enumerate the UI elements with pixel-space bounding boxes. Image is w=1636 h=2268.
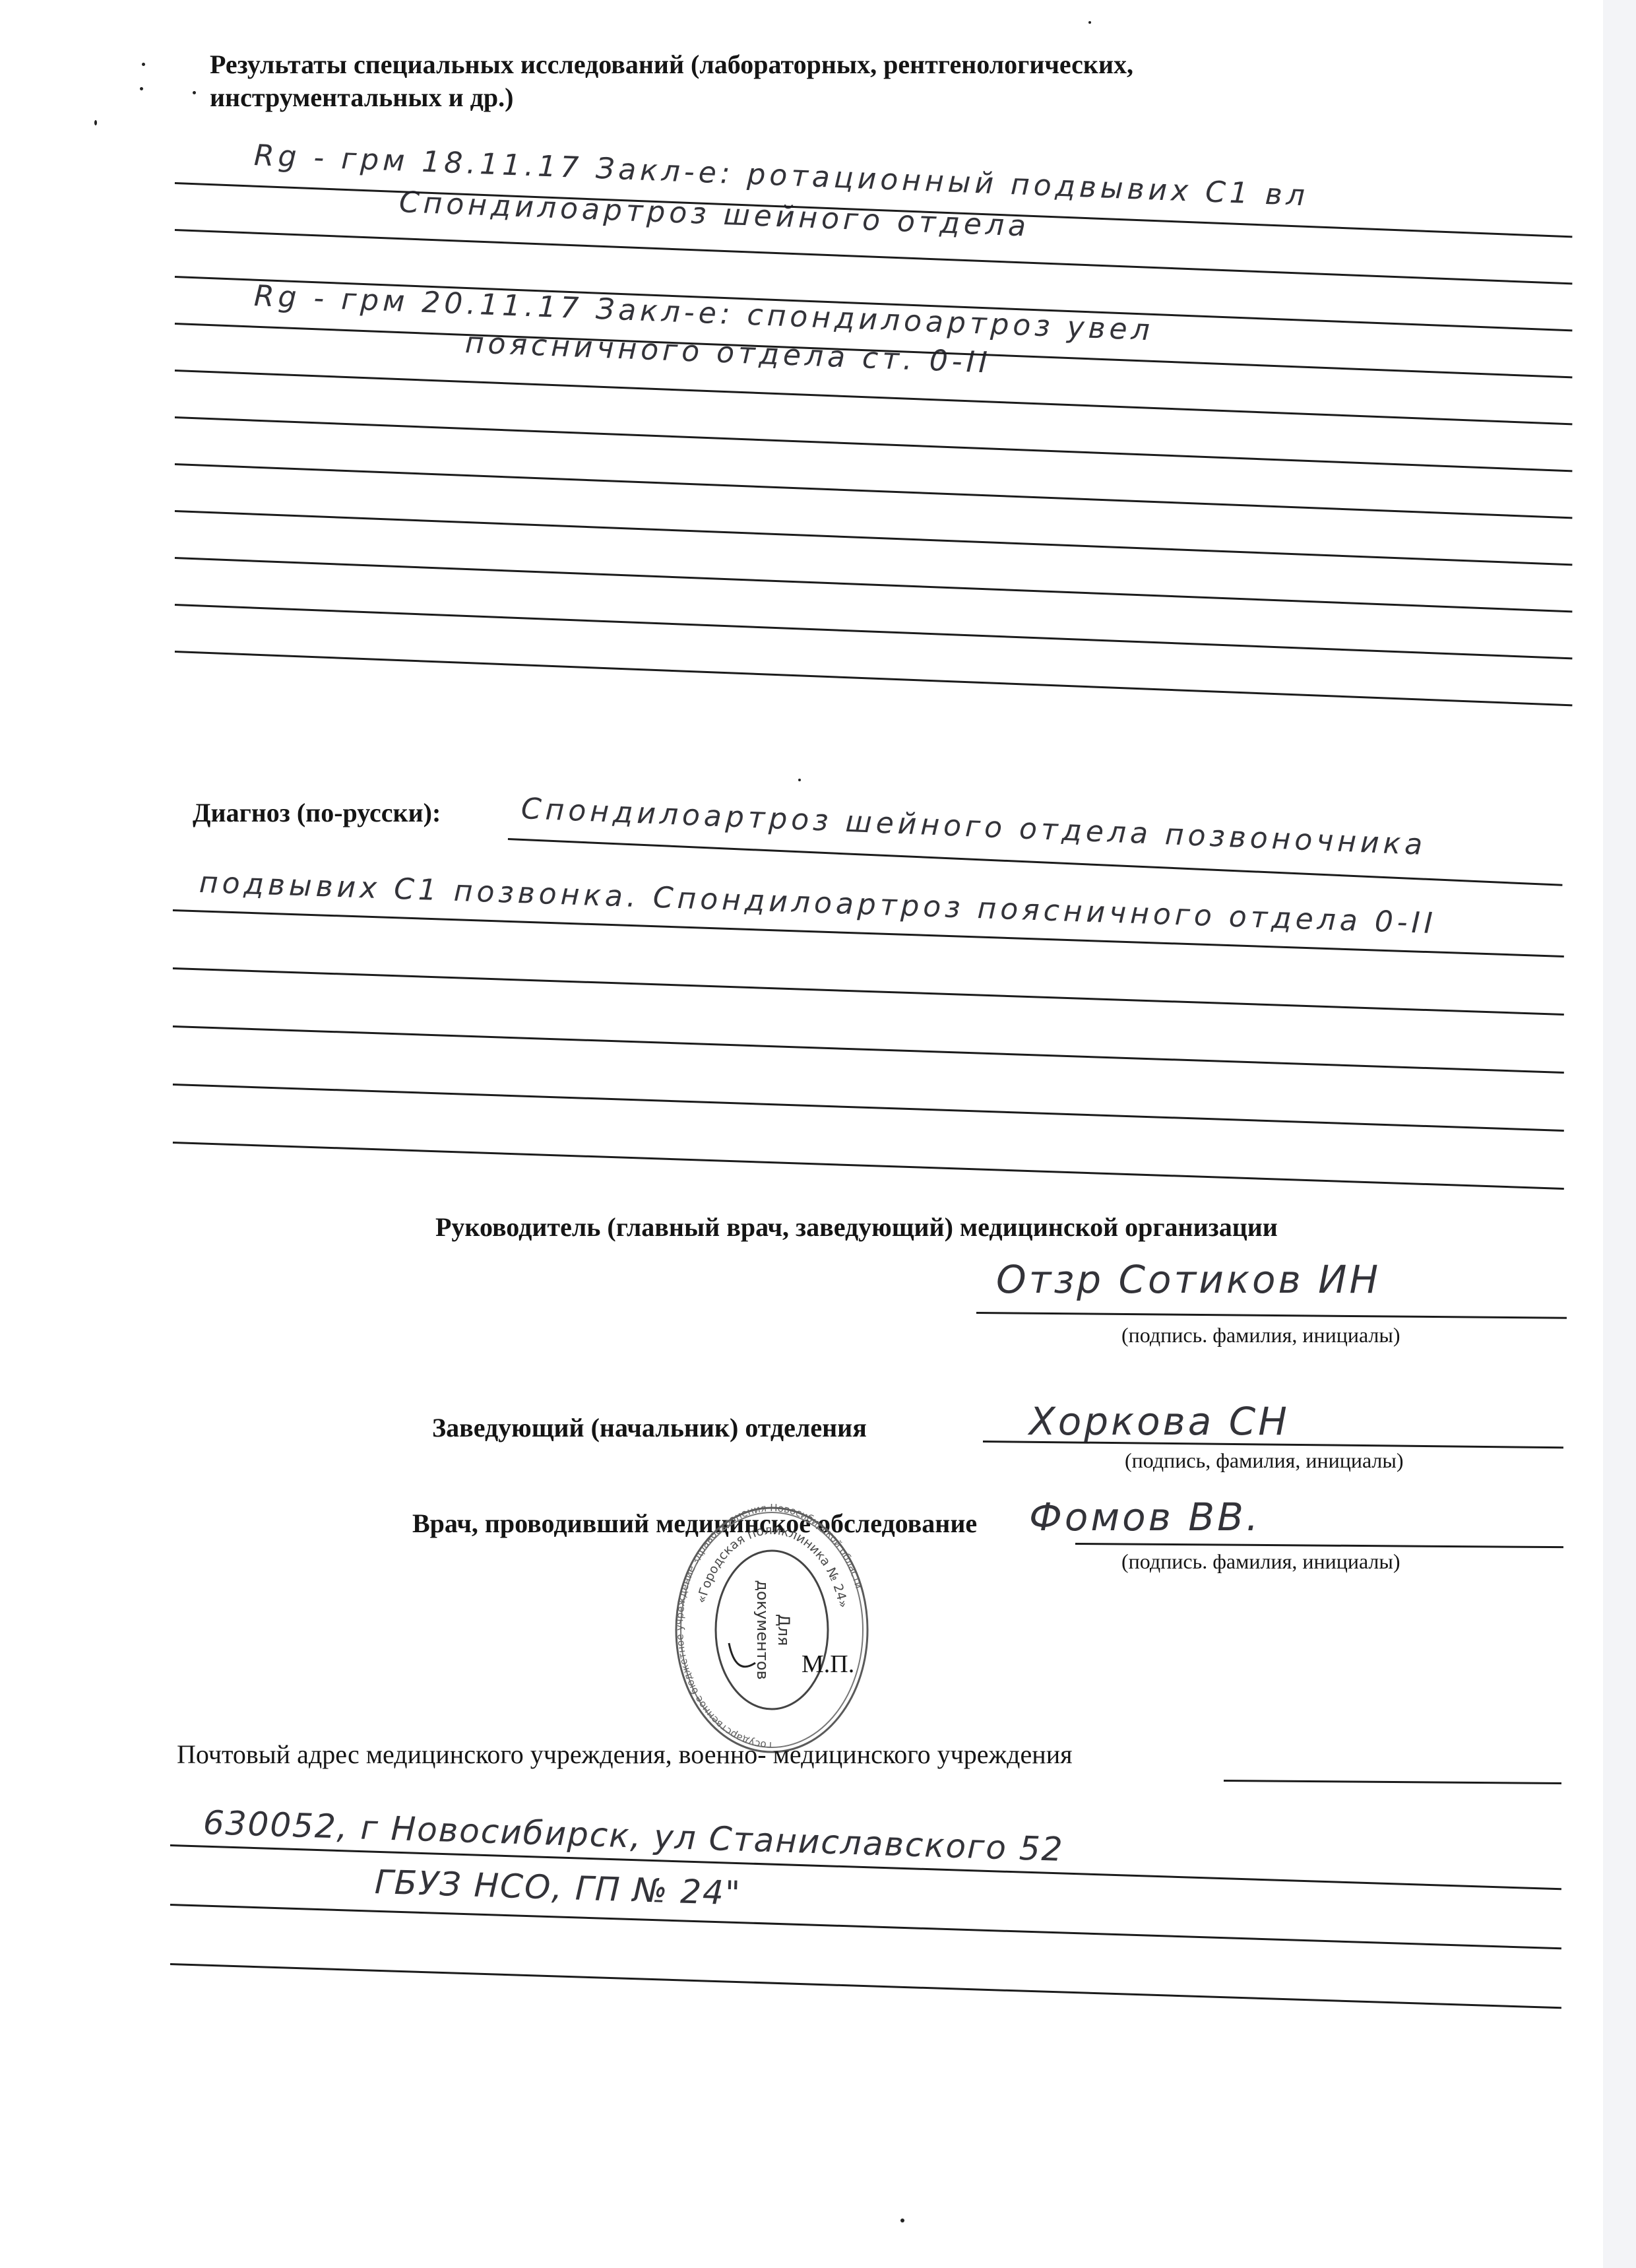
postal-line-rule [170,1904,1561,1949]
diagnosis-line-rule [173,1142,1564,1190]
diagnosis-line-rule [173,1025,1564,1074]
diagnosis-label: Диагноз (по-русски): [193,797,441,829]
head-signature-hint: (подпись. фамилия, инициалы) [1121,1323,1400,1347]
results-line-rule [175,463,1573,519]
doctor-signature-hint: (подпись. фамилия, инициалы) [1121,1549,1400,1574]
stamp-center-line2: документов [753,1580,772,1679]
results-line-rule [175,510,1573,566]
stamp-center-line1: Для [774,1614,793,1646]
results-line-rule [175,604,1573,659]
diagnosis-line-rule [173,967,1564,1016]
postal-line-handwriting: ГБУЗ НСО, ГП № 24" [374,1863,742,1912]
scan-edge [1603,0,1636,2268]
check-mark-icon [729,1643,755,1667]
head-signature-line [976,1312,1567,1319]
stamp-place-label: М.П. [802,1650,854,1679]
head-of-organization-label: Руководитель (главный врач, заведующий) … [435,1212,1278,1243]
doctor-signature-line [1075,1543,1563,1548]
postal-label-line [1224,1780,1561,1784]
diagnosis-line-handwriting: Спондилоартроз шейного отдела позвоночни… [520,792,1427,862]
scan-speck [798,779,801,781]
scan-speck [142,63,145,66]
scan-speck [94,120,97,125]
department-head-label: Заведующий (начальник) отделения [432,1412,867,1444]
results-line-rule [175,370,1573,425]
scan-speck [900,2219,904,2222]
scan-speck [193,91,196,94]
diagnosis-line-handwriting: подвывих С1 позвонка. Спондилоартроз поя… [199,866,1437,940]
results-section-label-continued: инструментальных и др.) [210,82,513,113]
postal-line-rule [170,1963,1561,2009]
results-line-rule [175,557,1573,612]
results-line-rule [175,416,1573,472]
department-signature[interactable]: Хоркова СН [1029,1399,1290,1444]
official-stamp: государственное бюджетное учреждение здр… [673,1505,871,1755]
scan-speck [1088,21,1091,24]
results-section-label: Результаты специальных исследований (лаб… [210,49,1133,81]
doctor-signature[interactable]: Фомов ВВ. [1029,1495,1261,1539]
department-signature-hint: (подпись, фамилия, инициалы) [1125,1448,1404,1473]
postal-address-label: Почтовый адрес медицинского учреждения, … [177,1739,1073,1770]
diagnosis-line-rule [173,1084,1564,1132]
scan-speck [140,87,143,90]
head-signature[interactable]: Отзр Сотиков ИН [996,1257,1381,1302]
results-line-rule [175,651,1573,706]
